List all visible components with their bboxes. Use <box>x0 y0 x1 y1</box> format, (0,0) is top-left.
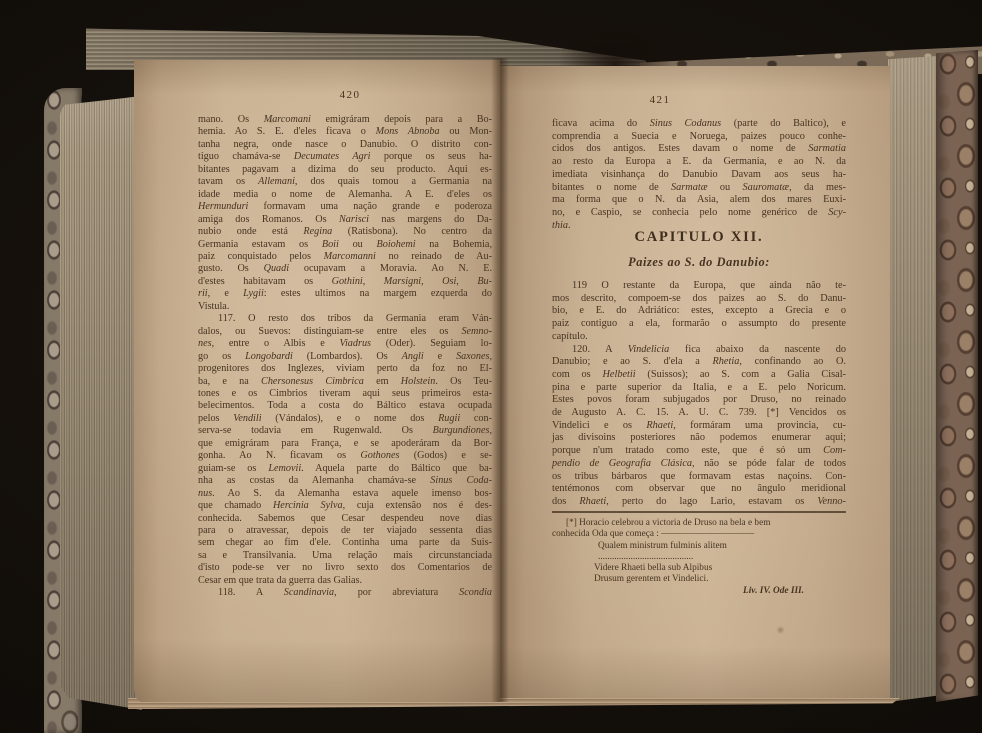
left-page-text-line: ba, e na Chersonesus Cimbrica em Holstei… <box>198 376 492 388</box>
left-page-text-line: sa e Transilvania. Uma relação mais circ… <box>198 550 492 562</box>
right-page-text-line: bio, e E. do Adriático: estes, excepto a… <box>552 305 846 318</box>
right-page-text-line: capítulo. <box>552 331 846 344</box>
left-page-text-line: dalos, ou Suevos: distinguiam-se entre e… <box>198 326 492 338</box>
left-page-text-line: rii, e Lygii: estes ultimos na margem ez… <box>198 288 492 300</box>
left-page-text-line: serva-se todavia em Rugenwald. Os Burgun… <box>198 425 492 437</box>
left-page-text-line: para o atravessar, depois de ter viajado… <box>198 525 492 537</box>
right-page-text-line: 120. A Vindelicia fica abaixo da nascent… <box>552 344 846 357</box>
footnote-line: [*] Horacio celebrou a victoria de Druso… <box>552 518 846 529</box>
right-page-text-line: jas divisoins posteriores não podemos en… <box>552 432 846 445</box>
left-page-text-line: nha as costas da Alemanha chamáva-se Sin… <box>198 475 492 487</box>
left-page-text-line: nes, entre o Albis e Viadrus (Oder). Seg… <box>198 338 492 350</box>
right-page-text-line: cidos dos antigos. Estes davam o nome de… <box>552 143 846 156</box>
right-page-text-line: bitantes o nome de Sarmatæ ou Sauromatæ,… <box>552 182 846 195</box>
right-page-number: 421 <box>630 94 690 106</box>
left-page-text-line: gusto. Os Quadi ocupavam a Moravia. Ao N… <box>198 263 492 275</box>
book-photo: 420 421 mano. Os Marcomani emigráram dep… <box>0 0 982 733</box>
right-page-text-line: 119 O restante da Europa, que ainda não … <box>552 280 846 293</box>
left-page-text-line: idade media o nome de Alemanha. A E. d'e… <box>198 189 492 201</box>
right-page-text-line: mos descrito, compoem-se dos paizes ao S… <box>552 293 846 306</box>
left-page-text-line: bitantes pagavam a dizima do seu product… <box>198 164 492 176</box>
right-page-text-line: ao resto da Europa a E. da Germania, e a… <box>552 156 846 169</box>
left-page-text-line: Vistula. <box>198 301 492 313</box>
footnote-line: Qualem ministrum fulminis alitem <box>552 541 846 552</box>
right-cover-marbled-edge <box>936 50 978 702</box>
left-page-text-line: d'estes habitavam os Gothini, Marsigni, … <box>198 276 492 288</box>
chapter-subheading: Paizes ao S. do Danubio: <box>552 255 846 270</box>
footnote-line: ........................................… <box>552 552 846 563</box>
left-page-text-line: conhecida. Sabemos que Cesar despendeu n… <box>198 513 492 525</box>
right-page-text-line: com os Helbetii (Suissos); ao S. com a G… <box>552 369 846 382</box>
right-page-text-line: pendio de Geografia Clásica, não se póde… <box>552 458 846 471</box>
footnote-line: Videre Rhaeti bella sub Alpibus <box>552 563 846 574</box>
right-page-text-line: de Augusto A. C. 15. A. U. C. 739. [*] V… <box>552 407 846 420</box>
left-page-number: 420 <box>320 89 380 101</box>
left-page-text-line: tavam os Allemani, dos quais tomou a Ger… <box>198 176 492 188</box>
right-page-text-line: pina e parte superior da Italia, e a E. … <box>552 382 846 395</box>
footnote-line: Drusum gerentem et Vindelici. <box>552 574 846 585</box>
left-page-text: mano. Os Marcomani emigráram depois para… <box>198 114 492 600</box>
right-page-intro-text: ficava acima do Sinus Codanus (parte do … <box>552 118 846 232</box>
left-page-text-line: tanha negra, onde nasce o Danubio. O dis… <box>198 139 492 151</box>
footnote-rule <box>552 511 846 513</box>
left-page-text-line: hemia. Ao S. E. d'eles ficava o Mons Abn… <box>198 126 492 138</box>
footnote: [*] Horacio celebrou a victoria de Druso… <box>552 518 846 597</box>
chapter-heading: CAPITULO XII. <box>552 229 846 246</box>
left-page-text-line: que emigráram para França, e se apoderár… <box>198 438 492 450</box>
left-page-text-line: paiz conquistado pelos Marcomanni no rei… <box>198 251 492 263</box>
spine-shadow <box>560 0 670 72</box>
left-page-text-line: Hermunduri formavam uma nação grande e p… <box>198 201 492 213</box>
left-page-text-line: que chamado Hercinia Sylva, cuja extensã… <box>198 500 492 512</box>
right-page-text-line: comprendia a Suecia e Noruega, paizes po… <box>552 131 846 144</box>
left-page-text-line: progenitores dos Inglezes, viviam perto … <box>198 363 492 375</box>
right-page-text-line: ficava acima do Sinus Codanus (parte do … <box>552 118 846 131</box>
right-page-text-line: tentémonos com observar que no ângulo me… <box>552 483 846 496</box>
footnote-line: Liv. IV. Ode III. <box>552 586 846 597</box>
right-page-text-line: paiz contiguo a ela, formarão o assumpto… <box>552 318 846 331</box>
left-page-block-edge <box>60 96 142 710</box>
right-page-block-edge <box>888 56 938 702</box>
left-page-text-line: tiguo chamáva-se Decumates Agri porque o… <box>198 151 492 163</box>
left-page-text-line: nubio onde está Regina (Ratisbona). No c… <box>198 226 492 238</box>
right-page-text-line: no, e Caspio, se conhecia pelo nome gené… <box>552 207 846 220</box>
left-page-text-line: nus. Ao S. da Alemanha estava aquele ime… <box>198 488 492 500</box>
right-page-text-line: Estes povos foram subjugados por Druso, … <box>552 394 846 407</box>
left-page-text-line: amiga dos Romanos. Os Narisci nas margen… <box>198 214 492 226</box>
right-page-text-line: ma forma que o N. da Asia, alem dos mare… <box>552 194 846 207</box>
left-page-text-line: tones e os Cimbrios tiveram aqui seus pr… <box>198 388 492 400</box>
left-page-text-line: guiam-se os Lemovii. Aquela parte do Bál… <box>198 463 492 475</box>
right-page-text-line: os tribus bárbaros que formavam estas na… <box>552 471 846 484</box>
right-page-text-line: Danubio; e ao S. d'ela a Rhetia, confina… <box>552 356 846 369</box>
left-page-text-line: sem chegar ao fim d'ele. Continha uma pa… <box>198 537 492 549</box>
gutter-shadow <box>491 58 509 702</box>
right-page-text-line: Vindelici e os Rhaeti, formáram uma prov… <box>552 420 846 433</box>
left-page-text-line: pelos Vendili (Vándalos), e o nome dos R… <box>198 413 492 425</box>
left-page-text-line: 118. A Scandinavia, por abreviatura Scon… <box>198 587 492 599</box>
right-page-text-line: imediata visinhança do Danubio Davam aos… <box>552 169 846 182</box>
left-page-text-line: belecimentos. Toda a costa do Báltico es… <box>198 400 492 412</box>
left-page-text-line: gonha. Ao N. ficavam os Gothones (Godos)… <box>198 450 492 462</box>
left-page-text-line: d'isto pode-se ver no livro sexto dos Co… <box>198 562 492 574</box>
right-page-text-line: dos Rhaeti, perto do lago Lario, estavam… <box>552 496 846 509</box>
left-page-text-line: 117. O resto dos tribos da Germania eram… <box>198 313 492 325</box>
left-page-text-line: Cesar em que trata da guerra das Galias. <box>198 575 492 587</box>
left-page-text-line: go os Longobardi (Lombardos). Os Angli e… <box>198 351 492 363</box>
left-page-text-line: mano. Os Marcomani emigráram depois para… <box>198 114 492 126</box>
right-page-text-line: porque n'um tratado como este, que é só … <box>552 445 846 458</box>
page-stain <box>776 626 785 634</box>
left-page-text-line: Germania estavam os Boii ou Boiohemi na … <box>198 239 492 251</box>
right-page-body-text: 119 O restante da Europa, que ainda não … <box>552 280 846 509</box>
footnote-line: conhecida Oda que começa : —————————— <box>552 529 846 540</box>
